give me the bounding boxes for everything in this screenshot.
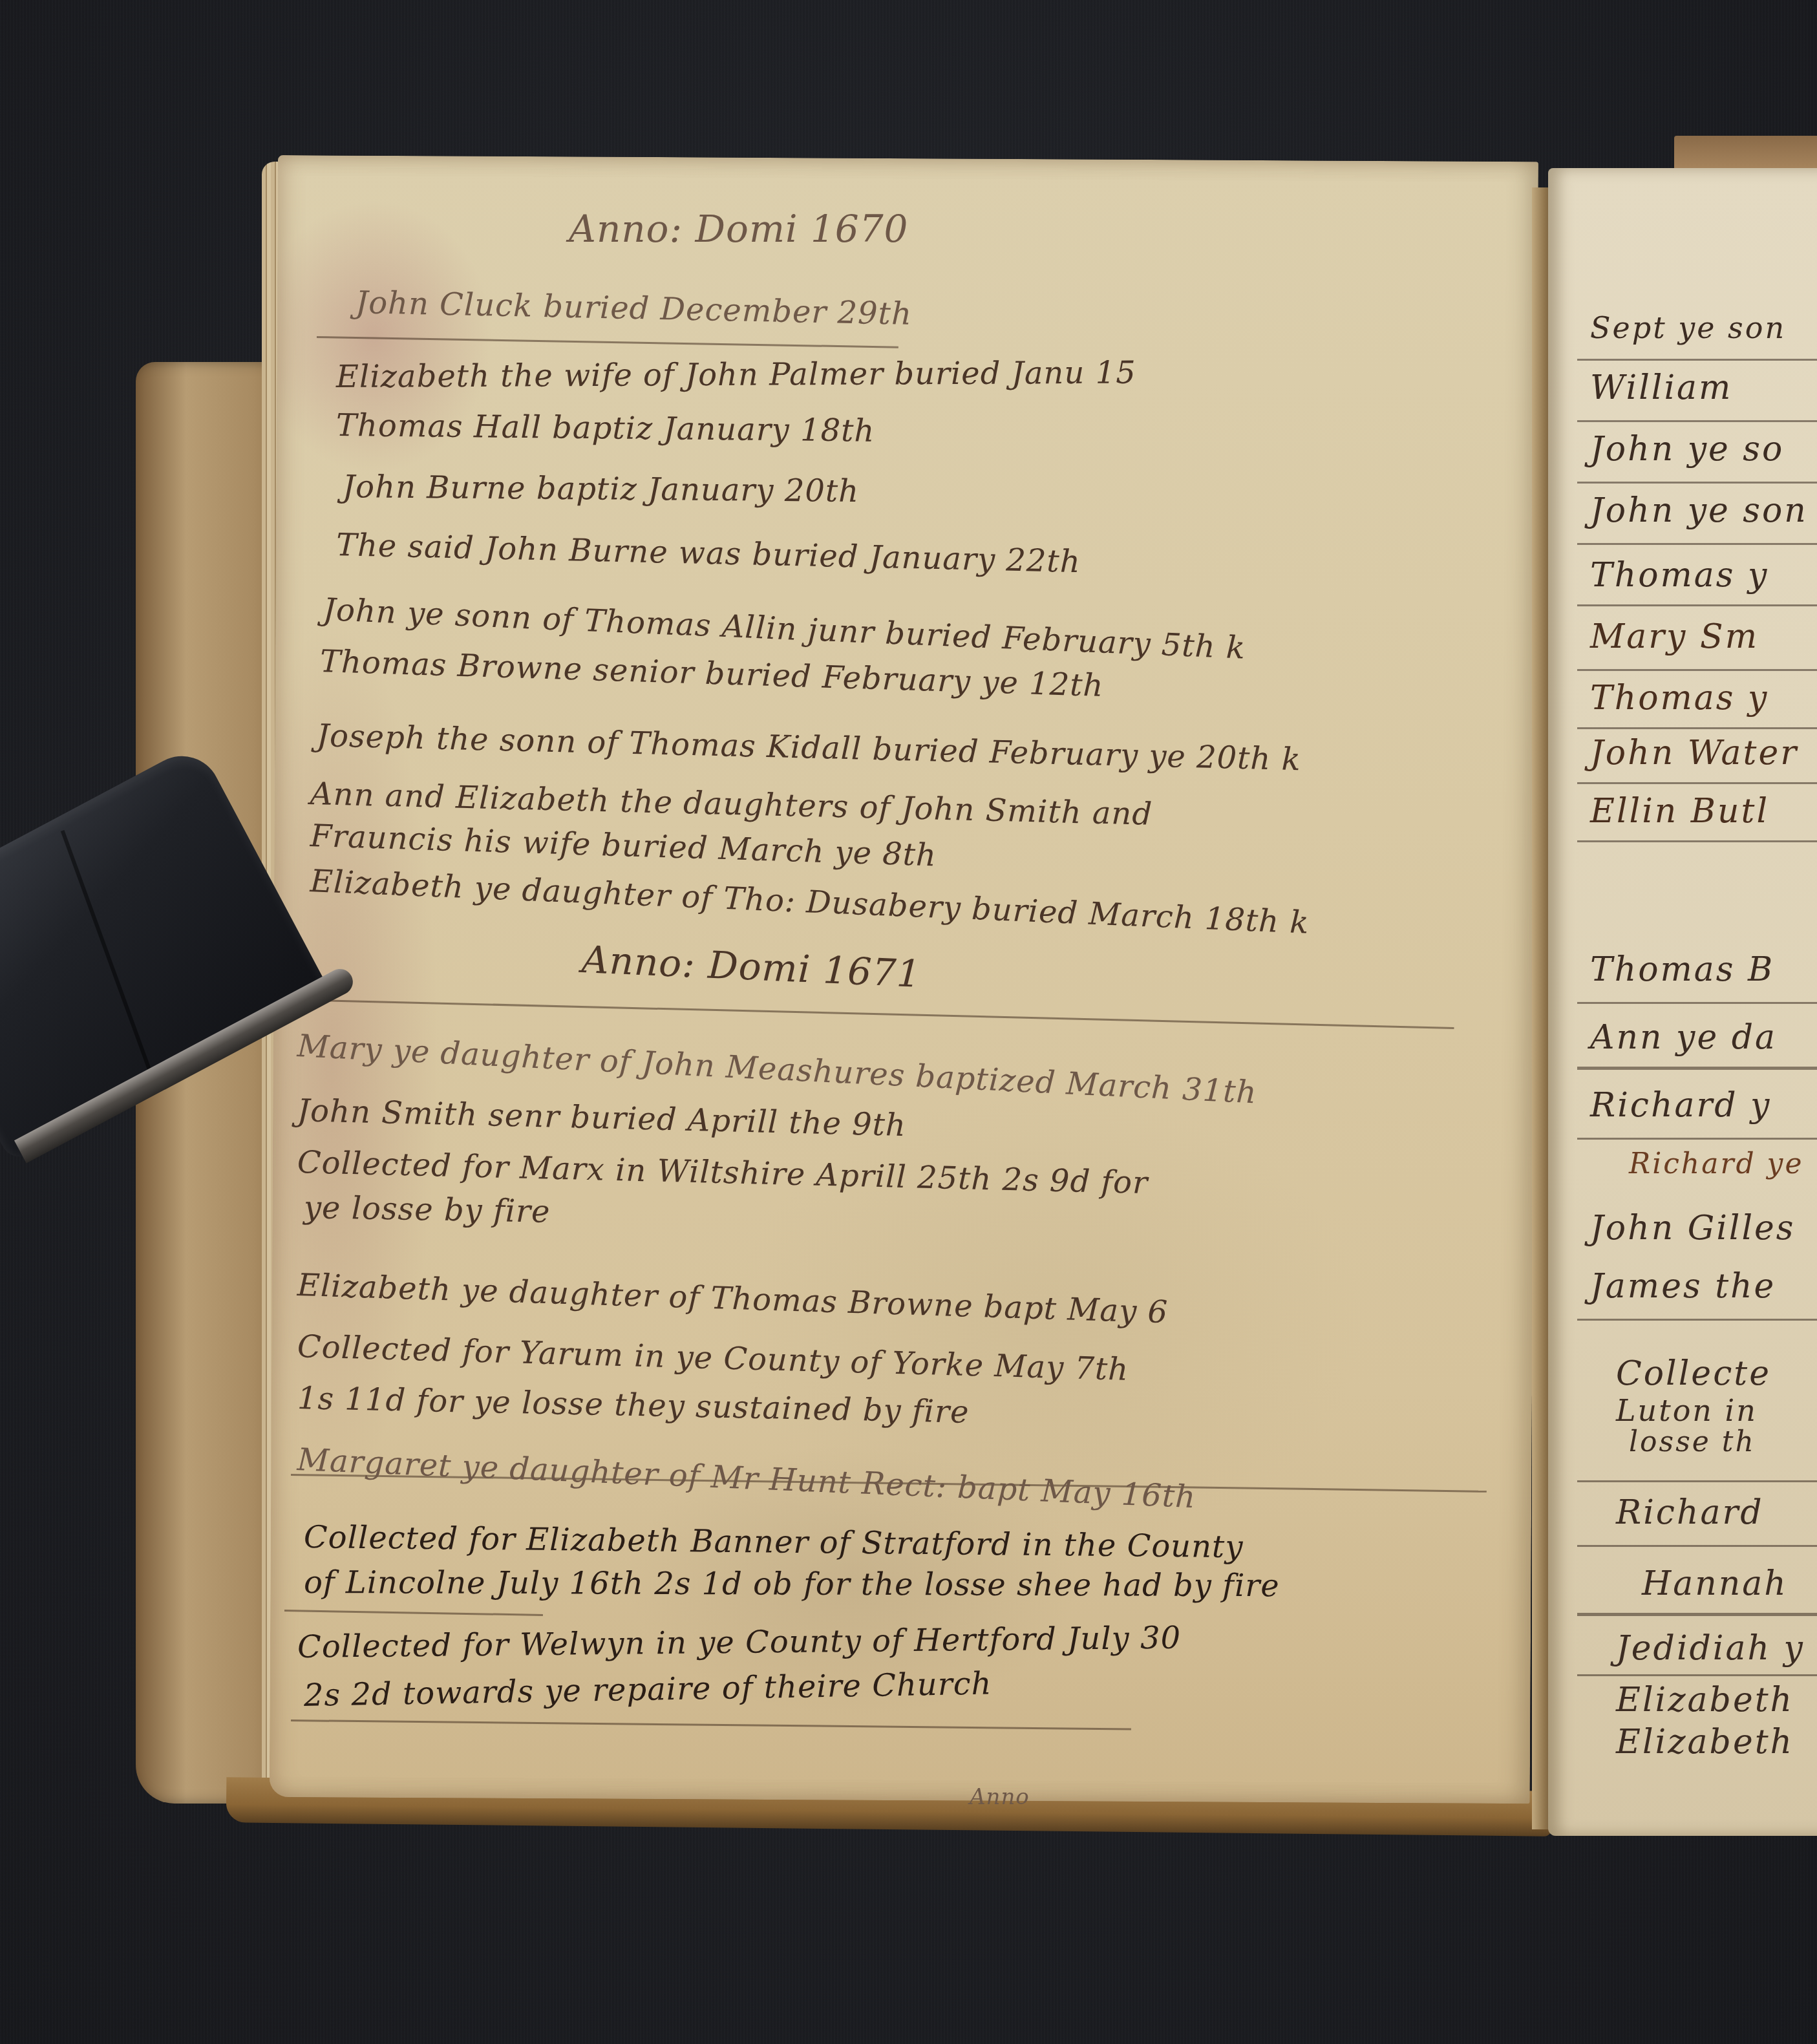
ruled-line [1577,543,1817,545]
right-entry: Collecte [1616,1354,1771,1393]
right-entry: John Water [1590,734,1798,772]
entry-line: John Burne baptiz January 20th [343,469,860,509]
entry-line: of Lincolne July 16th 2s 1d ob for the l… [304,1564,1280,1604]
ruled-line [1577,727,1817,729]
entry-line: ye losse by fire [304,1189,551,1230]
right-entry: Hannah [1642,1564,1788,1603]
ruled-line [1577,359,1817,361]
right-entry: John ye son [1590,491,1808,530]
ruled-line [1577,1613,1817,1616]
ruled-line [1577,604,1817,606]
ruled-line [1577,669,1817,671]
ruled-line [1577,1480,1817,1482]
ruled-line [1577,1674,1817,1676]
right-entry: Richard [1616,1493,1764,1532]
entry-line: Elizabeth the wife of John Palmer buried… [336,355,1136,395]
right-entry: Elizabeth [1616,1723,1794,1762]
catchword: Anno [970,1784,1030,1810]
ruled-line [1577,1067,1817,1070]
right-entry: Elizabeth [1616,1681,1794,1719]
right-entry: losse th [1629,1425,1756,1458]
right-entry: Thomas y [1590,679,1769,718]
right-entry: Thomas y [1590,556,1769,595]
ruled-line [1577,782,1817,784]
right-entry: John ye so [1590,430,1784,469]
heading-1670: Anno: Domi 1670 [569,207,909,251]
right-entry: Thomas B [1590,950,1774,989]
right-entry: James the [1590,1267,1776,1306]
right-entry: Richard y [1590,1086,1771,1125]
right-entry: Ann ye da [1590,1018,1777,1057]
ruled-line [1577,840,1817,842]
right-entry: Luton in [1616,1393,1758,1428]
ruled-line [1577,1319,1817,1321]
ruled-line [1577,482,1817,484]
right-entry: John Gilles [1590,1209,1796,1248]
ruled-line [1577,1138,1817,1140]
right-entry: Richard ye [1629,1147,1804,1180]
right-entry: Sept ye son [1590,310,1786,345]
right-entry: Ellin Butl [1590,792,1769,831]
right-entry: Mary Sm [1590,617,1759,656]
ruled-line [1577,420,1817,422]
right-entry: Jedidiah y [1616,1629,1805,1668]
ruled-line [1577,1545,1817,1547]
ruled-line [1577,1002,1817,1004]
page-tab-strip [1674,136,1817,171]
entry-line: Thomas Hall baptiz January 18th [336,407,875,449]
right-entry: William [1590,368,1732,407]
